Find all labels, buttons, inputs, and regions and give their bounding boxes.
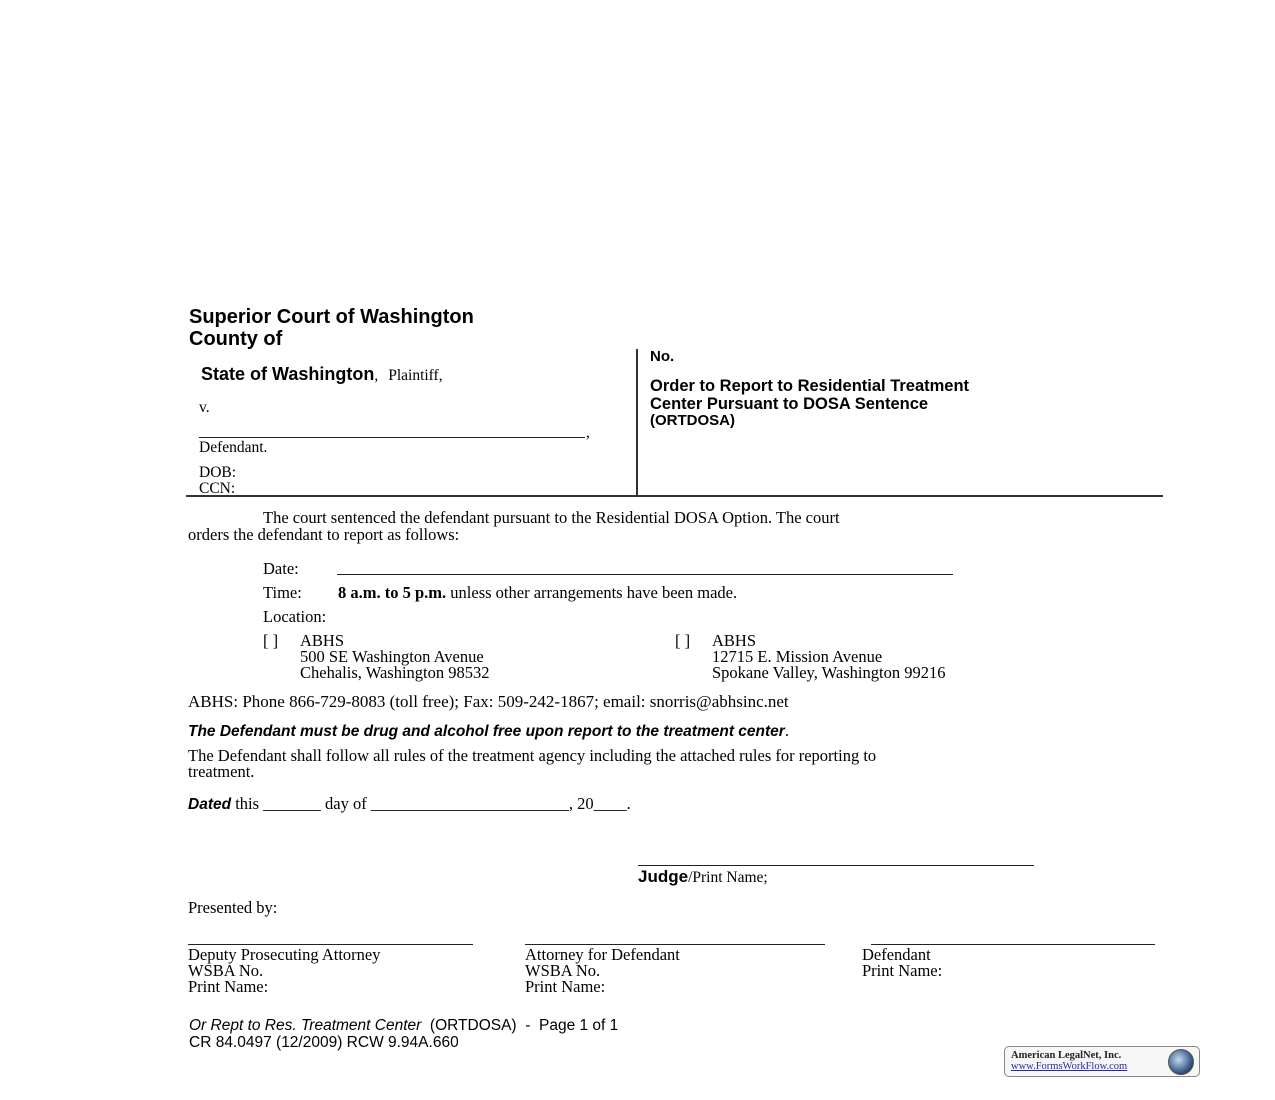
form-code: CR 84.0497 (12/2009) RCW 9.94A.660 <box>189 1034 459 1051</box>
caption-horizontal-divider <box>186 495 1163 497</box>
versus-label: v. <box>199 400 210 416</box>
page-indicator: (ORTDOSA) - Page 1 of 1 <box>421 1017 618 1034</box>
dated-line: Dated this _______ day of ______________… <box>188 795 631 814</box>
intro-line1: The court sentenced the defendant pursua… <box>263 509 840 526</box>
defendant-comma: , <box>586 425 590 441</box>
american-legalnet-badge[interactable]: American LegalNet, Inc. www.FormsWorkFlo… <box>1004 1046 1200 1077</box>
dob-label: DOB: <box>199 465 236 481</box>
contact-line: ABHS: Phone 866-729-8083 (toll free); Fa… <box>188 693 789 710</box>
judge-signature-line[interactable] <box>638 865 1034 866</box>
plaintiff-label: Plaintiff, <box>388 367 442 384</box>
plaintiff-name: State of Washington <box>201 364 374 384</box>
defense-attorney-print-name: Print Name: <box>525 978 605 995</box>
presented-by-label: Presented by: <box>188 899 277 916</box>
form-title-footer: Or Rept to Res. Treatment Center (ORTDOS… <box>189 1017 618 1034</box>
plaintiff-line: State of Washington, Plaintiff, <box>201 364 443 385</box>
form-title-italic: Or Rept to Res. Treatment Center <box>189 1017 421 1034</box>
date-field[interactable] <box>337 574 953 575</box>
warning-line: The Defendant must be drug and alcohol f… <box>188 722 789 741</box>
time-note: unless other arrangements have been made… <box>446 583 737 602</box>
judge-print-name: /Print Name; <box>688 869 768 886</box>
order-title-line1: Order to Report to Residential Treatment <box>650 377 969 395</box>
judge-label: Judge <box>638 867 688 886</box>
prosecutor-print-name: Print Name: <box>188 978 268 995</box>
globe-icon <box>1168 1049 1194 1075</box>
location-2-city: Spokane Valley, Washington 99216 <box>712 664 945 681</box>
location-1-city: Chehalis, Washington 98532 <box>300 664 489 681</box>
time-label: Time: <box>263 583 302 602</box>
dated-blanks[interactable]: this _______ day of ____________________… <box>231 794 631 813</box>
defendant-sig-print-name: Print Name: <box>862 962 942 979</box>
location-2-checkbox[interactable]: [ ] <box>675 632 690 649</box>
location-label: Location: <box>263 608 326 625</box>
dated-label: Dated <box>188 796 231 813</box>
defendant-label: Defendant. <box>199 440 267 456</box>
intro-line2: orders the defendant to report as follow… <box>188 526 459 543</box>
warning-text: The Defendant must be drug and alcohol f… <box>188 723 785 740</box>
court-name: Superior Court of Washington <box>189 306 474 328</box>
rules-line2: treatment. <box>188 763 254 780</box>
time-line: Time: 8 a.m. to 5 p.m. unless other arra… <box>263 584 302 601</box>
time-hours: 8 a.m. to 5 p.m. <box>338 583 446 602</box>
order-title-line2: Center Pursuant to DOSA Sentence <box>650 395 928 413</box>
location-1-checkbox[interactable]: [ ] <box>263 632 278 649</box>
badge-company: American LegalNet, Inc. <box>1011 1050 1121 1061</box>
warning-period: . <box>785 721 789 740</box>
caption-vertical-divider <box>636 349 638 497</box>
date-label: Date: <box>263 560 299 577</box>
county-label: County of <box>189 328 282 350</box>
defendant-name-line[interactable] <box>199 437 585 438</box>
case-number-label: No. <box>650 348 674 366</box>
judge-label-line: Judge/Print Name; <box>638 867 768 887</box>
rules-line1: The Defendant shall follow all rules of … <box>188 747 876 764</box>
badge-url[interactable]: www.FormsWorkFlow.com <box>1011 1061 1127 1072</box>
plaintiff-comma: , <box>374 367 378 384</box>
order-code: (ORTDOSA) <box>650 412 735 430</box>
